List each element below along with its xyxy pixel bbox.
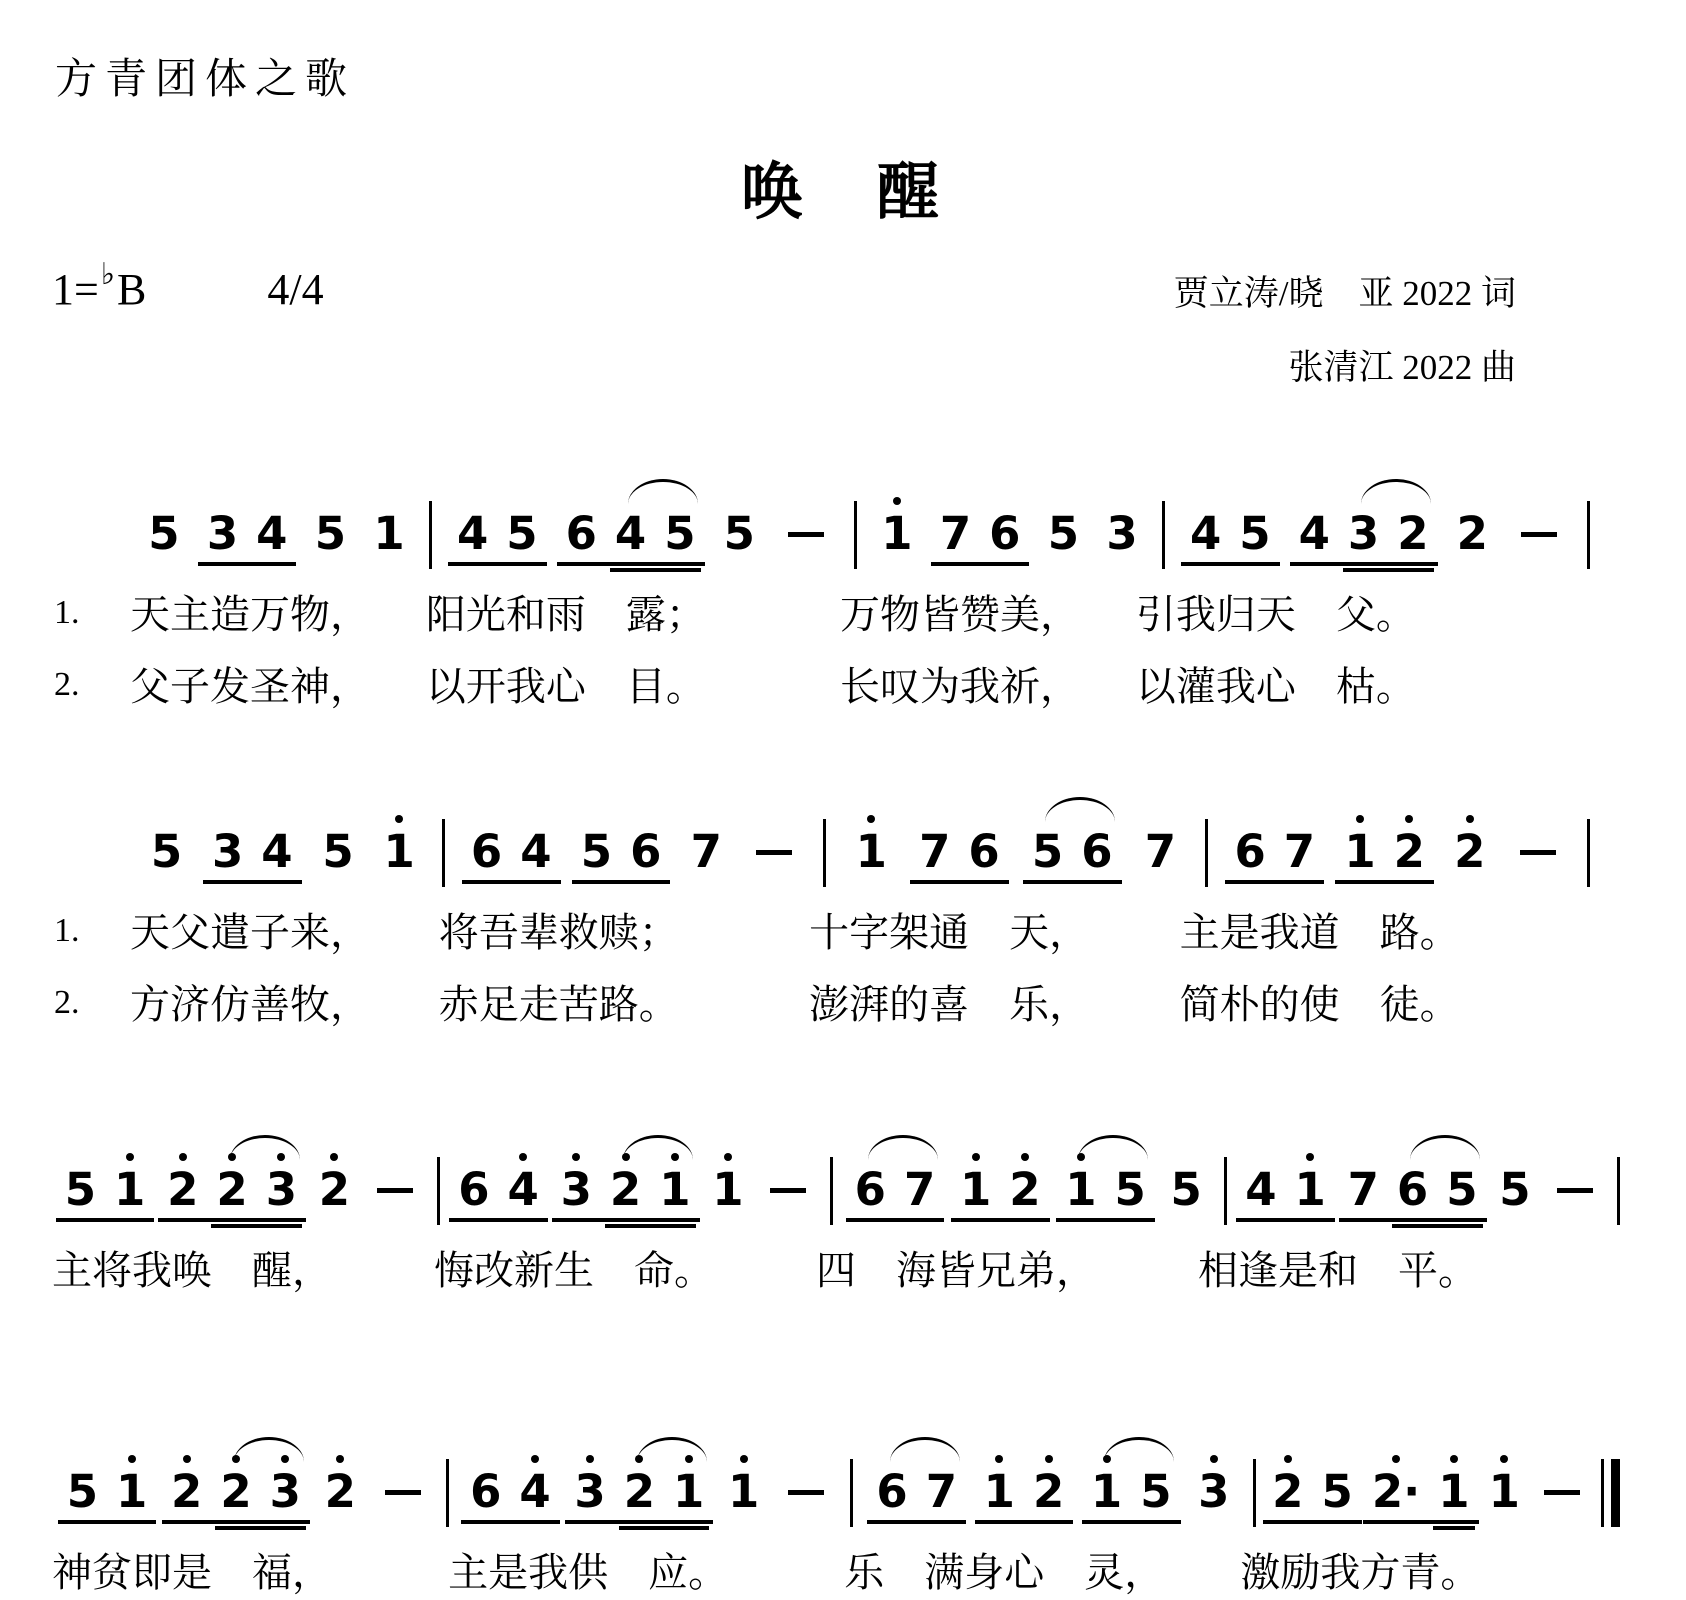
lyric-segment: 天父遣子来， (130, 907, 439, 959)
octave-dot-icon (1306, 1153, 1314, 1161)
score: 53451456455176534543221.天主造万物，阳光和雨 露；万物皆… (0, 471, 1686, 1599)
beam-group: 5 (313, 829, 362, 874)
measure: 454322 (1171, 511, 1581, 566)
octave-dot-icon (1210, 1455, 1218, 1463)
barline (854, 501, 857, 569)
lyrics-row-1: 1.天主造万物，阳光和雨 露；万物皆赞美，引我归天 父。 (130, 589, 1596, 641)
beam-group: 76 (910, 829, 1009, 884)
measure: 67122 (1214, 829, 1581, 884)
barline-thin (1617, 1157, 1620, 1225)
note: 5 (58, 1469, 107, 1514)
lyric-segment: 赤足走苦路。 (439, 979, 809, 1031)
octave-dot-icon (126, 1153, 134, 1161)
note: 2 (1445, 829, 1494, 874)
beam-group: 2 (1445, 829, 1494, 874)
note: 5 (1162, 1167, 1211, 1212)
note: 5 (1023, 829, 1072, 874)
octave-dot-icon (128, 1455, 136, 1463)
octave-dot-icon (183, 1455, 191, 1463)
lyric-segment: 阳光和雨 露； (426, 589, 840, 641)
key-note: B (117, 265, 146, 314)
lyric-segment: 乐 满身心 灵， (844, 1547, 1240, 1599)
note: 5 (1106, 1167, 1155, 1212)
octave-dot-icon (893, 497, 901, 505)
barline (1162, 501, 1165, 569)
song-title: 唤 醒 (0, 142, 1686, 231)
beam-group: 34 (198, 511, 297, 566)
note: 6 (462, 829, 511, 874)
key-signature: 1=♭B 4/4 (52, 257, 324, 315)
lyric-segment: 主将我唤 醒， (52, 1245, 434, 1297)
beam-group: 321 (552, 1167, 700, 1222)
beam-group: 25 (1263, 1469, 1362, 1524)
note: 2 (1263, 1469, 1312, 1514)
note: 1 (1286, 1167, 1335, 1212)
barline-thin (830, 1157, 833, 1225)
music-system-4: 5122326432116712153252·11神贫即是 福，主是我供 应。乐… (52, 1429, 1626, 1599)
note: 5 (497, 511, 546, 556)
note: 2 (158, 1167, 207, 1212)
lyric-segment: 主是我供 应。 (448, 1547, 844, 1599)
note-extension-dash (788, 1490, 824, 1495)
slur-arc-icon (234, 1437, 304, 1462)
note: 2 (1000, 1167, 1049, 1212)
sixteenth-subgroup: 23 (211, 1469, 310, 1514)
note: 2 (310, 1167, 359, 1212)
lyric-segment: 引我归天 父。 (1136, 589, 1550, 641)
note: 3 (1097, 511, 1146, 556)
sixteenth-subgroup: 45 (606, 511, 705, 556)
note: 1 (1429, 1469, 1478, 1514)
beam-group: 2 (316, 1469, 365, 1514)
barline (442, 819, 445, 887)
note: 2 (162, 1469, 211, 1514)
note: 5 (1437, 1167, 1486, 1212)
octave-dot-icon (1356, 815, 1364, 823)
beam-group: 51 (58, 1469, 157, 1524)
note: 5 (1039, 511, 1088, 556)
lyric-segment: 简朴的使 徒。 (1180, 979, 1550, 1031)
note: 1 (1480, 1469, 1529, 1514)
octave-dot-icon (586, 1455, 594, 1463)
note: 6 (867, 1469, 916, 1514)
barline (1617, 1157, 1620, 1225)
note: 1 (951, 1167, 1000, 1212)
note: 5 (306, 511, 355, 556)
music-system-3: 5122326432116712155417655主将我唤 醒，悔改新生 命。四… (52, 1127, 1626, 1297)
beam-group: 64 (461, 1469, 560, 1524)
lyrics-row-2: 2.方济仿善牧，赤足走苦路。澎湃的喜 乐，简朴的使 徒。 (130, 979, 1596, 1031)
note: 5 (142, 829, 191, 874)
note: 3 (203, 829, 252, 874)
note: 5 (655, 511, 704, 556)
note: 6 (959, 829, 1008, 874)
barline-thin (1224, 1157, 1227, 1225)
flat-sign-icon: ♭ (101, 258, 115, 291)
note-extension-dash (385, 1490, 421, 1495)
beam-group: 15 (1082, 1469, 1181, 1524)
credits: 贾立涛/晓 亚 2022 词 张清江 2022 曲 (1174, 257, 1516, 405)
lyrics-row-1: 神贫即是 福，主是我供 应。乐 满身心 灵，激励我方青。 (52, 1547, 1626, 1599)
note: 1 (975, 1469, 1024, 1514)
slur-arc-icon (623, 1135, 693, 1160)
note-extension-dash (756, 850, 792, 855)
beam-group: 1 (375, 829, 424, 874)
final-double-barline (1601, 1459, 1620, 1527)
notes-row: 5122326432116712155417655 (52, 1127, 1626, 1225)
barline (1587, 819, 1590, 887)
octave-dot-icon (281, 1455, 289, 1463)
barline-thin (823, 819, 826, 887)
lyric-segment: 将吾辈救赎； (439, 907, 809, 959)
note: 7 (910, 829, 959, 874)
note: 6 (1225, 829, 1274, 874)
octave-dot-icon (531, 1455, 539, 1463)
beam-group: 2·1 (1363, 1469, 1479, 1524)
lyric-segment: 以开我心 目。 (426, 661, 840, 713)
beam-group: 432 (1290, 511, 1438, 566)
note: 5 (1131, 1469, 1180, 1514)
note: 1 (719, 1469, 768, 1514)
note: 7 (895, 1167, 944, 1212)
beam-group: 5 (306, 511, 355, 556)
measure: 512232 (52, 1469, 440, 1524)
lyric-segment: 悔改新生 命。 (434, 1245, 816, 1297)
measure: 176567 (832, 829, 1199, 884)
beam-group: 3 (1097, 511, 1146, 556)
beam-group: 1 (872, 511, 921, 556)
octave-dot-icon (1405, 815, 1413, 823)
notes-row: 5122326432116712153252·11 (52, 1429, 1626, 1527)
beam-group: 3 (1189, 1469, 1238, 1514)
octave-dot-icon (330, 1153, 338, 1161)
sixteenth-subgroup: 65 (1388, 1167, 1487, 1212)
beam-group: 645 (557, 511, 705, 566)
note: 1 (105, 1167, 154, 1212)
lyrics-row-1: 主将我唤 醒，悔改新生 命。四 海皆兄弟，相逢是和 平。 (52, 1245, 1626, 1297)
note: 6 (557, 511, 606, 556)
lyric-segment: 激励我方青。 (1240, 1547, 1580, 1599)
note: 1 (1082, 1469, 1131, 1514)
note: 3 (1339, 511, 1388, 556)
slur-arc-icon (1078, 1135, 1148, 1160)
beam-group: 67 (867, 1469, 966, 1524)
barline (830, 1157, 833, 1225)
measure: 643211 (446, 1167, 825, 1222)
beam-group: 1 (847, 829, 896, 874)
beam-group: 765 (1339, 1167, 1487, 1222)
barline (1205, 819, 1208, 887)
octave-dot-icon (972, 1153, 980, 1161)
key-prefix: 1= (52, 265, 99, 314)
sixteenth-subgroup: 1 (1429, 1469, 1478, 1514)
octave-dot-icon (724, 1153, 732, 1161)
octave-dot-icon (572, 1153, 580, 1161)
sixteenth-subgroup: 21 (601, 1167, 700, 1212)
barline-thin (1587, 819, 1590, 887)
beam-group: 5 (715, 511, 764, 556)
verse-number: 2. (54, 981, 80, 1025)
note: 6 (449, 1167, 498, 1212)
note-extension-dash (1520, 850, 1556, 855)
beam-group: 15 (1056, 1167, 1155, 1222)
octave-dot-icon (519, 1153, 527, 1161)
beam-group: 45 (448, 511, 547, 566)
measure: 512232 (52, 1167, 431, 1222)
beam-group: 56 (1023, 829, 1122, 884)
lyric-segment: 方济仿善牧， (130, 979, 439, 1031)
barline (1224, 1157, 1227, 1225)
slur-arc-icon (637, 1437, 707, 1462)
beam-group: 5 (139, 511, 188, 556)
octave-dot-icon (685, 1455, 693, 1463)
beam-group: 223 (162, 1469, 310, 1524)
octave-dot-icon (395, 815, 403, 823)
note: 2 (1024, 1469, 1073, 1514)
note: 1 (872, 511, 921, 556)
note: 1 (664, 1469, 713, 1514)
note: 7 (917, 1469, 966, 1514)
octave-dot-icon (1466, 815, 1474, 823)
slur-arc-icon (1410, 1135, 1480, 1160)
slur-arc-icon (628, 479, 698, 504)
beam-group: 67 (846, 1167, 945, 1222)
note: 2 (1448, 511, 1497, 556)
measure: 456455 (438, 511, 848, 566)
lyrics-row-2: 2.父子发圣神，以开我心 目。长叹为我祈，以灌我心 枯。 (130, 661, 1596, 713)
beam-group: 2 (1448, 511, 1497, 556)
barline-thin (1162, 501, 1165, 569)
beam-group: 5 (1490, 1167, 1539, 1212)
lyric-segment: 十字架通 天， (809, 907, 1179, 959)
note: 1 (1056, 1167, 1105, 1212)
beam-group: 12 (975, 1469, 1074, 1524)
beam-group: 12 (951, 1167, 1050, 1222)
beam-group: 45 (1181, 511, 1280, 566)
note: 4 (1236, 1167, 1285, 1212)
beam-group: 7 (1136, 829, 1185, 874)
note: 2 (211, 1469, 260, 1514)
note: 2 (316, 1469, 365, 1514)
note: 4 (499, 1167, 548, 1212)
measure: 252·11 (1262, 1469, 1595, 1524)
measure: 6712153 (859, 1469, 1247, 1524)
note: 6 (621, 829, 670, 874)
music-system-1: 53451456455176534543221.天主造万物，阳光和雨 露；万物皆… (130, 471, 1596, 713)
barline-thin (854, 501, 857, 569)
note: 3 (565, 1469, 614, 1514)
note: 7 (682, 829, 731, 874)
barline-thin (437, 1157, 440, 1225)
note: 5 (56, 1167, 105, 1212)
meta-row: 1=♭B 4/4 贾立涛/晓 亚 2022 词 张清江 2022 曲 (52, 257, 1516, 405)
lyric-segment: 四 海皆兄弟， (816, 1245, 1198, 1297)
sixteenth-subgroup: 23 (207, 1167, 306, 1212)
octave-dot-icon (1021, 1153, 1029, 1161)
barline (850, 1459, 853, 1527)
note: 4 (606, 511, 655, 556)
barline-thin (1253, 1459, 1256, 1527)
measure: 643211 (455, 1469, 843, 1524)
barline (446, 1459, 449, 1527)
barline (437, 1157, 440, 1225)
beam-group: 1 (703, 1167, 752, 1212)
beam-group: 1 (1480, 1469, 1529, 1514)
barline-thick (1611, 1459, 1620, 1527)
note: 5 (715, 511, 764, 556)
measure: 53451 (130, 511, 423, 566)
note-extension-dash (1557, 1188, 1593, 1193)
measure: 64567 (451, 829, 818, 884)
beam-group: 5 (1039, 511, 1088, 556)
note: 7 (931, 511, 980, 556)
barline (429, 501, 432, 569)
beam-group: 223 (158, 1167, 306, 1222)
note: 3 (1189, 1469, 1238, 1514)
note: 4 (510, 1469, 559, 1514)
barline-thin (1601, 1459, 1604, 1527)
note: 1 (650, 1167, 699, 1212)
barline (823, 819, 826, 887)
beam-group: 7 (682, 829, 731, 874)
barline-thin (1587, 501, 1590, 569)
octave-dot-icon (740, 1455, 748, 1463)
lyric-segment: 父子发圣神， (130, 661, 426, 713)
note: 7 (1136, 829, 1185, 874)
octave-dot-icon (995, 1455, 1003, 1463)
note-extension-dash (788, 532, 824, 537)
barline-thin (446, 1459, 449, 1527)
note: 5 (1490, 1167, 1539, 1212)
slur-arc-icon (230, 1135, 300, 1160)
octave-dot-icon (671, 1153, 679, 1161)
lyric-segment: 长叹为我祈， (840, 661, 1136, 713)
note: 3 (552, 1167, 601, 1212)
note: 2 (207, 1167, 256, 1212)
note: 6 (461, 1469, 510, 1514)
slur-arc-icon (868, 1135, 938, 1160)
lyric-segment: 相逢是和 平。 (1198, 1245, 1580, 1297)
beam-group: 2 (310, 1167, 359, 1212)
note: 4 (247, 511, 296, 556)
note: 5 (313, 829, 362, 874)
octave-dot-icon (336, 1455, 344, 1463)
barline (1253, 1459, 1256, 1527)
beam-group: 64 (449, 1167, 548, 1222)
note-extension-dash (1544, 1490, 1580, 1495)
measure: 6712155 (839, 1167, 1218, 1222)
note: 1 (703, 1167, 752, 1212)
sixteenth-subgroup: 21 (615, 1469, 714, 1514)
lyrics-row-1: 1.天父遣子来，将吾辈救赎；十字架通 天，主是我道 路。 (130, 907, 1596, 959)
note: 2 (615, 1469, 664, 1514)
beam-group: 67 (1225, 829, 1324, 884)
note-extension-dash (1521, 532, 1557, 537)
verse-number: 1. (54, 591, 80, 635)
beam-group: 64 (462, 829, 561, 884)
octave-dot-icon (1045, 1455, 1053, 1463)
beam-group: 34 (203, 829, 302, 884)
note: 2 (1388, 511, 1437, 556)
note-extension-dash (770, 1188, 806, 1193)
series-title: 方青团体之歌 (0, 0, 1686, 106)
beam-group: 56 (572, 829, 671, 884)
note: 5 (139, 511, 188, 556)
octave-dot-icon (1500, 1455, 1508, 1463)
measure: 17653 (863, 511, 1156, 566)
notes-row: 534516456717656767122 (130, 789, 1596, 887)
barline-thin (850, 1459, 853, 1527)
note: 6 (1388, 1167, 1437, 1212)
note: 4 (1181, 511, 1230, 556)
note: 7 (1339, 1167, 1388, 1212)
lyric-segment: 万物皆赞美， (840, 589, 1136, 641)
note: 5 (1312, 1469, 1361, 1514)
beam-group: 41 (1236, 1167, 1335, 1222)
octave-dot-icon (867, 815, 875, 823)
note: 1 (1335, 829, 1384, 874)
note: 5 (1230, 511, 1279, 556)
lyricist-credit: 贾立涛/晓 亚 2022 词 (1174, 257, 1516, 331)
lyric-segment: 以灌我心 枯。 (1136, 661, 1550, 713)
measure: 53451 (130, 829, 436, 884)
note: 7 (1275, 829, 1324, 874)
barline-thin (1205, 819, 1208, 887)
octave-dot-icon (1392, 1455, 1400, 1463)
note: 6 (846, 1167, 895, 1212)
slur-arc-icon (1361, 479, 1431, 504)
note: 3 (198, 511, 247, 556)
note: 3 (261, 1469, 310, 1514)
beam-group: 5 (142, 829, 191, 874)
note-extension-dash (377, 1188, 413, 1193)
slur-arc-icon (1104, 1437, 1174, 1462)
slur-arc-icon (1045, 797, 1115, 822)
lyric-segment: 主是我道 路。 (1180, 907, 1550, 959)
beam-group: 5 (1162, 1167, 1211, 1212)
note: 2· (1363, 1469, 1429, 1514)
verse-number: 1. (54, 909, 80, 953)
note: 6 (1072, 829, 1121, 874)
music-system-2: 5345164567176567671221.天父遣子来，将吾辈救赎；十字架通 … (130, 789, 1596, 1031)
beam-group: 1 (364, 511, 413, 556)
slur-arc-icon (890, 1437, 960, 1462)
note: 1 (107, 1469, 156, 1514)
measure: 417655 (1233, 1167, 1612, 1222)
note: 2 (1385, 829, 1434, 874)
beam-group: 321 (565, 1469, 713, 1524)
note: 4 (511, 829, 560, 874)
note: 4 (252, 829, 301, 874)
octave-dot-icon (1450, 1455, 1458, 1463)
note: 1 (375, 829, 424, 874)
composer-credit: 张清江 2022 曲 (1174, 331, 1516, 405)
lyric-segment: 神贫即是 福， (52, 1547, 448, 1599)
barline-thin (429, 501, 432, 569)
barline-thin (442, 819, 445, 887)
sixteenth-subgroup: 32 (1339, 511, 1438, 556)
beam-group: 51 (56, 1167, 155, 1222)
note: 4 (448, 511, 497, 556)
beam-group: 76 (931, 511, 1030, 566)
barline (1587, 501, 1590, 569)
time-signature: 4/4 (267, 265, 323, 314)
note: 1 (847, 829, 896, 874)
octave-dot-icon (179, 1153, 187, 1161)
notes-row: 5345145645517653454322 (130, 471, 1596, 569)
note: 1 (364, 511, 413, 556)
octave-dot-icon (277, 1153, 285, 1161)
